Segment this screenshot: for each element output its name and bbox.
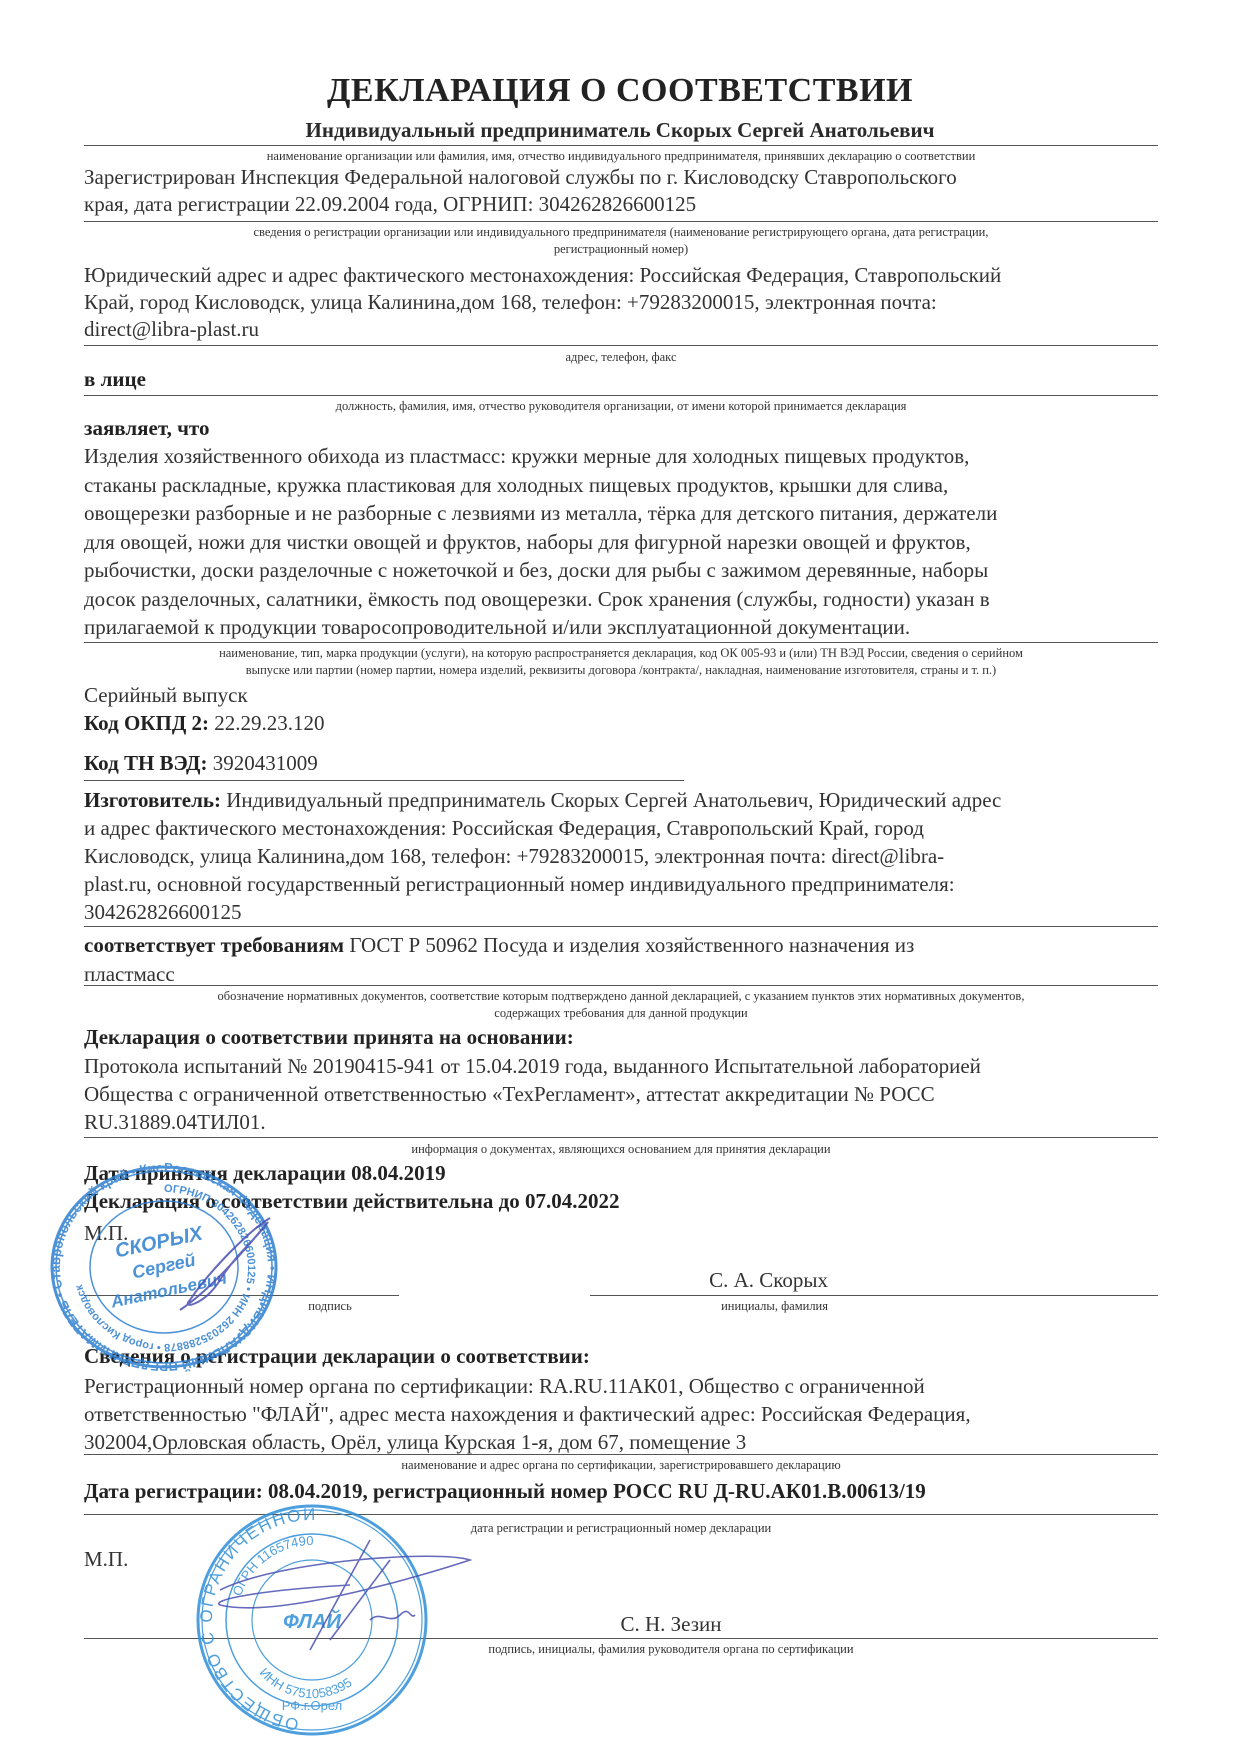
basis-line: RU.31889.04ТИЛ01. <box>84 1108 1158 1136</box>
manufacturer-info: Изготовитель: Индивидуальный предпринима… <box>84 786 1158 926</box>
okpd2-label: Код ОКПД 2: <box>84 711 209 735</box>
divider <box>84 642 1158 643</box>
products-line: прилагаемой к продукции товаросопроводит… <box>84 613 1158 642</box>
divider <box>84 1454 1158 1455</box>
tnved-code: Код ТН ВЭД: 3920431009 <box>84 750 1158 777</box>
manufacturer-line: plast.ru, основной государственный регис… <box>84 870 1158 898</box>
caption-line: обозначение нормативных документов, соот… <box>84 988 1158 1005</box>
basis-line: Общества с ограниченной ответственностью… <box>84 1080 1158 1108</box>
products-description: Изделия хозяйственного обихода из пластм… <box>84 442 1158 642</box>
standard-text: ГОСТ Р 50962 Посуда и изделия хозяйствен… <box>349 933 914 957</box>
divider <box>84 145 1158 146</box>
cert-body-line: ответственностью "ФЛАЙ", адрес места нах… <box>84 1400 1158 1428</box>
divider <box>84 345 1158 346</box>
represented-by-label: в лице <box>84 366 1158 393</box>
caption-line: регистрационный номер) <box>84 241 1158 258</box>
basis-line: Протокола испытаний № 20190415-941 от 15… <box>84 1052 1158 1080</box>
tnved-label: Код ТН ВЭД: <box>84 751 207 775</box>
okpd2-value: 22.29.23.120 <box>214 711 324 735</box>
signer-name: С. А. Скорых <box>590 1268 1158 1293</box>
cert-body-signature-icon <box>200 1520 480 1660</box>
registration-line: Зарегистрирован Инспекция Федеральной на… <box>84 164 1158 191</box>
manufacturer-label: Изготовитель: <box>84 788 221 812</box>
signer-caption-text: инициалы, фамилия <box>721 1299 828 1313</box>
registration-line: края, дата регистрации 22.09.2004 года, … <box>84 191 1158 218</box>
caption-standards: обозначение нормативных документов, соот… <box>84 988 1158 1022</box>
manufacturer-line: Индивидуальный предприниматель Скорых Се… <box>226 788 1001 812</box>
caption-cert-body: наименование и адрес органа по сертифика… <box>84 1457 1158 1474</box>
products-line: досок разделочных, салатники, ёмкость по… <box>84 585 1158 614</box>
manufacturer-line: и адрес фактического местонахождения: Ро… <box>84 814 1158 842</box>
divider <box>84 395 1158 396</box>
caption-line: выпуске или партии (номер партии, номера… <box>84 662 1158 679</box>
manufacturer-line: Кисловодск, улица Калинина,дом 168, теле… <box>84 842 1158 870</box>
applicant-name: Индивидуальный предприниматель Скорых Се… <box>0 118 1240 143</box>
caption-head-text: подпись, инициалы, фамилия руководителя … <box>488 1642 853 1656</box>
tnved-value: 3920431009 <box>213 751 318 775</box>
address-line: Юридический адрес и адрес фактического м… <box>84 262 1158 289</box>
caption-line: содержащих требования для данной продукц… <box>84 1005 1158 1022</box>
caption-products: наименование, тип, марка продукции (услу… <box>84 645 1158 679</box>
registration-info: Зарегистрирован Инспекция Федеральной на… <box>84 164 1158 218</box>
applicant-signature-icon <box>150 1210 290 1320</box>
compliance-info: соответствует требованиям ГОСТ Р 50962 П… <box>84 931 1158 989</box>
divider <box>84 985 1158 986</box>
divider <box>84 780 684 781</box>
document-title: ДЕКЛАРАЦИЯ О СООТВЕТСТВИИ <box>0 72 1240 110</box>
email-text: direct@libra-plast.ru <box>84 316 1158 343</box>
declares-label: заявляет, что <box>84 415 1158 442</box>
products-line: овощерезки разборные и не разборные с ле… <box>84 499 1158 528</box>
cert-body-info: Регистрационный номер органа по сертифик… <box>84 1372 1158 1456</box>
address-line: Край, город Кисловодск, улица Калинина,д… <box>84 289 1158 316</box>
svg-text:РФ.г.Орел: РФ.г.Орел <box>282 1698 343 1713</box>
divider <box>84 221 1158 222</box>
declaration-page: ДЕКЛАРАЦИЯ О СООТВЕТСТВИИ Индивидуальный… <box>0 0 1240 1755</box>
serial-release: Серийный выпуск <box>84 682 1158 709</box>
cert-body-line: Регистрационный номер органа по сертифик… <box>84 1372 1158 1400</box>
products-line: для овощей, ножи для чистки овощей и фру… <box>84 528 1158 557</box>
products-line: Изделия хозяйственного обихода из пластм… <box>84 442 1158 471</box>
divider <box>84 926 1158 927</box>
cert-body-line: 302004,Орловская область, Орёл, улица Ку… <box>84 1428 1158 1456</box>
products-line: стаканы раскладные, кружка пластиковая д… <box>84 471 1158 500</box>
caption-line: сведения о регистрации организации или и… <box>84 224 1158 241</box>
caption-line: наименование, тип, марка продукции (услу… <box>84 645 1158 662</box>
signer-line <box>590 1295 1158 1296</box>
complies-label: соответствует требованиям <box>84 933 344 957</box>
products-line: рыбочистки, доски разделочные с ножеточк… <box>84 556 1158 585</box>
signer-name-text: С. А. Скорых <box>709 1268 828 1292</box>
caption-address: адрес, телефон, факс <box>84 349 1158 366</box>
caption-represented: должность, фамилия, имя, отчество руково… <box>84 398 1158 415</box>
caption-applicant: наименование организации или фамилия, им… <box>84 148 1158 165</box>
ogrnip-number: 304262826600125 <box>84 898 1158 926</box>
address-info: Юридический адрес и адрес фактического м… <box>84 262 1158 343</box>
head-name-text: С. Н. Зезин <box>620 1612 721 1636</box>
basis-info: Протокола испытаний № 20190415-941 от 15… <box>84 1052 1158 1136</box>
caption-basis: информация о документах, являющихся осно… <box>84 1141 1158 1158</box>
okpd2-code: Код ОКПД 2: 22.29.23.120 <box>84 710 1158 737</box>
basis-heading: Декларация о соответствии принята на осн… <box>84 1024 1158 1051</box>
signer-caption: инициалы, фамилия <box>590 1298 1158 1315</box>
caption-registration: сведения о регистрации организации или и… <box>84 224 1158 258</box>
divider <box>84 1137 1158 1138</box>
